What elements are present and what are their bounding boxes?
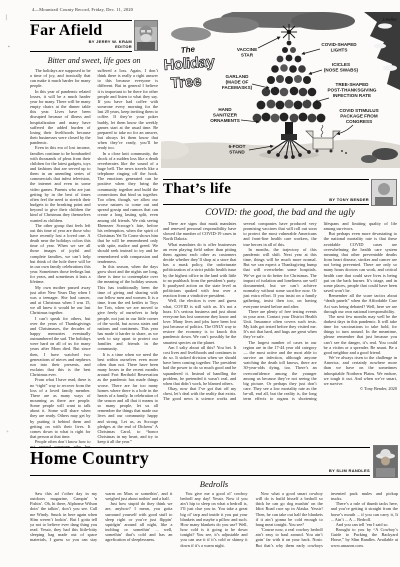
svg-text:TREE-SHAPED: TREE-SHAPED: [336, 82, 370, 87]
label-vaccine-star: VACCINE STAR: [237, 37, 280, 58]
section-title: Far Afield: [30, 22, 132, 39]
article-body: The holidays are supposed to be a time o…: [30, 68, 158, 456]
svg-text:COVID-SHAPED: COVID-SHAPED: [321, 42, 357, 47]
paragraph: The other group that feels left out this…: [30, 223, 91, 285]
portrait-man-glasses-beard: [135, 21, 157, 50]
paragraph: Am I salty about all this? You bet. It c…: [163, 345, 236, 386]
paragraph: The next few months may well be the dark…: [324, 314, 397, 355]
section-thats-life: That’s life BY TONY BENDER COVID: the go…: [163, 179, 397, 454]
scan-artifact: ▏: [6, 16, 10, 21]
home-country-header: Home Country BY SLIM RANDLES: [30, 447, 398, 476]
thats-life-header: That’s life BY TONY BENDER: [163, 179, 397, 205]
editorial-cartoon-holiday-tree: The Holiday Tree J.Heller: [161, 12, 400, 178]
paragraph: Brought to you by “A Cowboy’s Guide to P…: [331, 527, 398, 548]
tree-trunk: [285, 122, 293, 135]
paragraph: There are signs that mask mandates and r…: [163, 221, 236, 242]
paragraph: What mandates do is offer businesses an …: [163, 242, 236, 299]
svg-text:CONGRESS: CONGRESS: [346, 119, 372, 124]
paragraph: The holidays are supposed to be a time o…: [30, 68, 91, 89]
author-photo-randles: [373, 445, 398, 478]
svg-text:GARLAND: GARLAND: [226, 74, 250, 79]
paragraph: There are plenty of free testing events …: [243, 309, 316, 340]
paragraph: In a close knit community, the shock of …: [98, 151, 159, 264]
folio-line: 4—Mountrail County Record, Friday, Dec. …: [32, 7, 133, 12]
svg-text:HAND: HAND: [218, 107, 232, 112]
byline: BY TONY BENDER: [163, 197, 369, 202]
svg-text:(NOSE SWABS): (NOSE SWABS): [324, 68, 359, 73]
paragraph: There’s a rule of thumb tacks here, and …: [331, 501, 398, 522]
svg-text:STAR: STAR: [241, 53, 254, 58]
label-hand-sanitizer: HAND SANITIZER ORNAMENTS: [210, 107, 259, 123]
article-headline: COVID: the good, the bad and the ugly: [163, 208, 397, 218]
scan-artifact: ▪: [8, 45, 10, 50]
svg-text:INFECTION RATE: INFECTION RATE: [333, 93, 371, 98]
section-title: Home Country: [30, 449, 370, 468]
author-photo-bender: [371, 179, 397, 206]
scan-artifact: +: [6, 430, 9, 435]
svg-text:COVID STIMULUS: COVID STIMULUS: [339, 108, 378, 113]
label-covid-lights: COVID-SHAPED LIGHTS: [302, 42, 357, 54]
far-afield-header: Far Afield BY JERRY W. KRAM EDITOR: [30, 20, 158, 52]
author-photo-kram: [134, 20, 158, 51]
svg-text:(MADE OF: (MADE OF: [226, 80, 249, 85]
label-icicles: ICICLES (NOSE SWABS): [309, 62, 359, 74]
section-home-country: Home Country BY SLIM RANDLES Bedrolls Sa…: [30, 447, 398, 567]
paragraph: From what I have read, there is no “righ…: [30, 377, 91, 439]
svg-text:6-FOOT: 6-FOOT: [229, 144, 246, 149]
paragraph: © Tony Bender, 2020: [324, 386, 397, 391]
label-stimulus: COVID STIMULUS PACKAGE FROM CONGRESS: [337, 108, 379, 134]
portrait-man: [372, 180, 396, 205]
svg-text:STAND: STAND: [229, 150, 245, 155]
label-garland: GARLAND (MADE OF FACEMASKS): [222, 74, 269, 90]
vaccine-star-icon: [281, 24, 297, 40]
cartoon-title-the: The: [180, 44, 196, 54]
svg-text:ICICLES: ICICLES: [332, 62, 350, 67]
svg-text:PACKAGE FROM: PACKAGE FROM: [340, 114, 378, 119]
article-body: There are signs that mask mandates and r…: [163, 221, 397, 454]
paragraph: Remember all the scare tactics about “de…: [324, 293, 397, 314]
svg-text:SANITIZER: SANITIZER: [213, 113, 238, 118]
paragraph: Just how stupid do they think we are, an…: [105, 501, 172, 542]
byline-role: EDITOR: [30, 44, 132, 49]
article-headline: Bedrolls: [30, 479, 398, 489]
paragraph: In this year of pandemic related losses,…: [30, 89, 91, 146]
portrait-man-cowboy-hat: [374, 446, 397, 477]
paragraph: In this season, when the days grow short…: [98, 264, 159, 352]
paragraph: My own mother passed away just after New…: [30, 285, 91, 316]
cartoon-title-holiday: Holiday: [163, 53, 216, 74]
label-infection-rate: TREE-SHAPED POST-THANKSGIVING INFECTION …: [315, 82, 377, 102]
covid-ornament-cluster: [253, 41, 326, 123]
byline: BY SLIM RANDLES: [30, 468, 370, 473]
paragraph: In months, the trajectory of this pandem…: [243, 247, 316, 309]
svg-text:LIGHTS: LIGHTS: [331, 48, 348, 53]
paragraph: Even in this era of lost income, familie…: [30, 145, 91, 222]
paragraph: But perhaps even more devastating to the…: [324, 231, 397, 293]
section-title: That’s life: [163, 181, 369, 197]
newspaper-page: ▏ ▪ + 4—Mountrail County Record, Friday,…: [0, 0, 400, 567]
article-body: Saw this ad t’other day in my outdoors m…: [30, 491, 398, 567]
cartoon-title-tree: Tree: [170, 73, 202, 92]
paragraph: I can’t speak for others, but over the y…: [30, 316, 91, 378]
paragraph: You give me a good ol’ cowboy bedroll an…: [180, 491, 247, 548]
cartoonist-signature: J.Heller: [382, 17, 398, 22]
paragraph: We’ve always risen to the challenge in A…: [324, 355, 397, 386]
paragraph: Now what a good smart cowboy will do is …: [256, 491, 323, 527]
svg-text:FACEMASKS): FACEMASKS): [222, 85, 253, 90]
article-headline: Bitter and sweet, life goes on: [30, 56, 158, 65]
svg-text:ORNAMENTS: ORNAMENTS: [210, 118, 240, 123]
section-far-afield: Far Afield BY JERRY W. KRAM EDITOR Bitte…: [30, 20, 158, 456]
paragraph: Well, the election is over and guess wha…: [163, 298, 236, 344]
svg-text:POST-THANKSGIVING: POST-THANKSGIVING: [327, 88, 376, 93]
paragraph: It is a time when we need the best withi…: [98, 352, 159, 445]
cartoon-title: The Holiday Tree: [163, 44, 216, 91]
svg-text:VACCINE: VACCINE: [237, 47, 257, 52]
bush: [361, 155, 377, 163]
